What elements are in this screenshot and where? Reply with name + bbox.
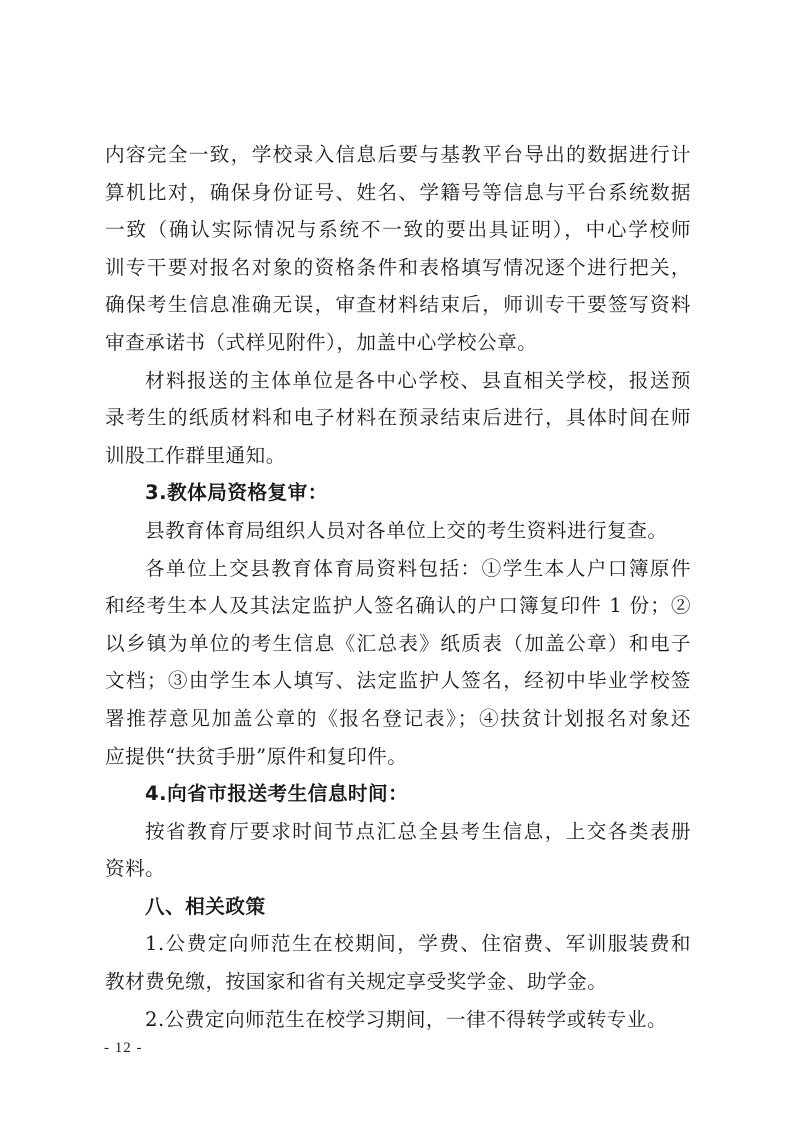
text-line: 应提供“扶贫手册”原件和复印件。 (105, 738, 691, 776)
text-line: 署推荐意见加盖公章的《报名登记表》；④扶贫计划报名对象还 (105, 700, 691, 738)
text-line: 确保考生信息准确无误，审查材料结束后，师训专干要签写资料 (105, 286, 691, 324)
text-line: 训股工作群里通知。 (105, 437, 691, 475)
paragraph-policy-1: 1.公费定向师范生在校期间，学费、住宿费、军训服装费和 教材费免缴，按国家和省有… (105, 925, 691, 1000)
text-line: 训专干要对报名对象的资格条件和表格填写情况逐个进行把关， (105, 249, 691, 287)
text-line: 一致（确认实际情况与系统不一致的要出具证明），中心学校师 (105, 211, 691, 249)
text-line: 以乡镇为单位的考生信息《汇总表》纸质表（加盖公章）和电子 (105, 625, 691, 663)
paragraph-verification: 内容完全一致，学校录入信息后要与基教平台导出的数据进行计 算机比对，确保身份证号… (105, 136, 691, 362)
text-line: 审查承诺书（式样见附件），加盖中心学校公章。 (105, 324, 691, 362)
text-line: 资料。 (105, 850, 691, 888)
paragraph-submission: 材料报送的主体单位是各中心学校、县直相关学校，报送预 录考生的纸质材料和电子材料… (105, 362, 691, 475)
text-line: 算机比对，确保身份证号、姓名、学籍号等信息与平台系统数据 (105, 174, 691, 212)
text-line: 1.公费定向师范生在校期间，学费、住宿费、军训服装费和 (105, 925, 691, 963)
section-heading-policy: 八、相关政策 (105, 888, 691, 926)
text-line: 材料报送的主体单位是各中心学校、县直相关学校，报送预 (105, 362, 691, 400)
text-line: 和经考生本人及其法定监护人签名确认的户口簿复印件 1 份；② (105, 587, 691, 625)
paragraph-review-intro: 县教育体育局组织人员对各单位上交的考生资料进行复查。 (105, 512, 691, 550)
document-body: 内容完全一致，学校录入信息后要与基教平台导出的数据进行计 算机比对，确保身份证号… (105, 136, 691, 1038)
section-heading-review: 3.教体局资格复审： (105, 474, 691, 512)
text-line: 教材费免缴，按国家和省有关规定享受奖学金、助学金。 (105, 963, 691, 1001)
paragraph-materials-list: 各单位上交县教育体育局资料包括：①学生本人户口簿原件 和经考生本人及其法定监护人… (105, 550, 691, 776)
paragraph-timeline: 按省教育厅要求时间节点汇总全县考生信息，上交各类表册 资料。 (105, 813, 691, 888)
page-number: - 12 - (104, 1040, 143, 1057)
text-line: 录考生的纸质材料和电子材料在预录结束后进行，具体时间在师 (105, 399, 691, 437)
section-heading-timeline: 4.向省市报送考生信息时间： (105, 775, 691, 813)
text-line: 文档；③由学生本人填写、法定监护人签名，经初中毕业学校签 (105, 662, 691, 700)
paragraph-policy-2: 2.公费定向师范生在校学习期间，一律不得转学或转专业。 (105, 1001, 691, 1039)
text-line: 各单位上交县教育体育局资料包括：①学生本人户口簿原件 (105, 550, 691, 588)
text-line: 按省教育厅要求时间节点汇总全县考生信息，上交各类表册 (105, 813, 691, 851)
text-line: 内容完全一致，学校录入信息后要与基教平台导出的数据进行计 (105, 136, 691, 174)
